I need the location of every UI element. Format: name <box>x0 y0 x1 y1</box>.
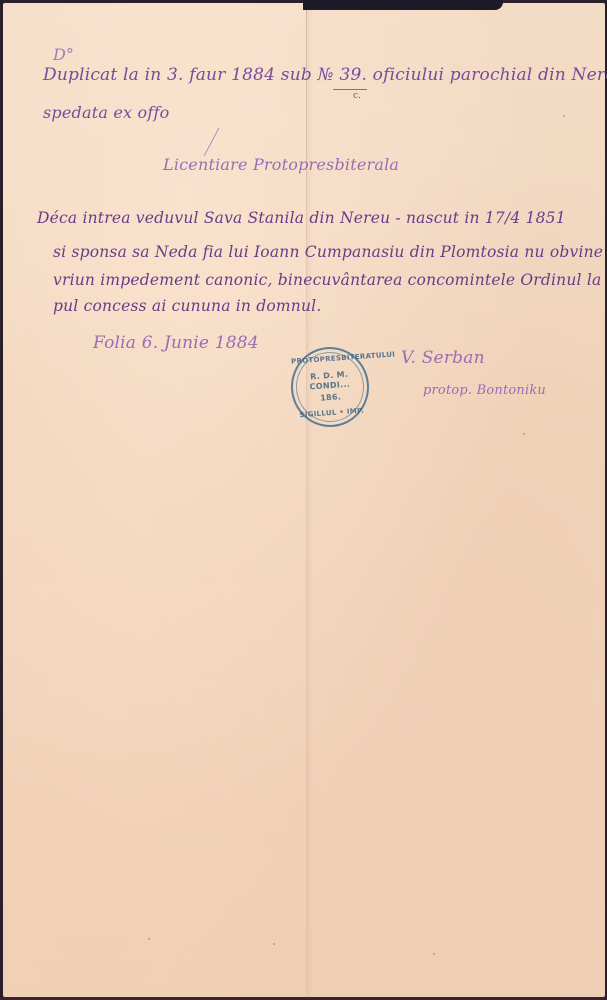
scan-border-top-left <box>0 0 303 3</box>
stamp-ring-top: PROTOPRESBITERATULUI <box>291 352 365 365</box>
body-line-2: si sponsa sa Neda fia lui Ioann Cumpanas… <box>53 243 603 261</box>
title-flourish <box>204 128 220 156</box>
body-line-3: vriun impedement canonic, binecuvântarea… <box>53 271 607 289</box>
date-place-line: Folia 6. Junie 1884 <box>93 333 259 353</box>
paper-speck <box>563 115 565 117</box>
stamp-year: 186. <box>294 390 368 404</box>
paper-speck <box>433 953 435 955</box>
scan-border-top-right <box>303 0 503 10</box>
paper-speck <box>273 943 275 945</box>
body-line-4: pul concess ai cununa in domnul. <box>53 297 321 315</box>
header-line-2: spedata ex offo <box>43 103 169 122</box>
header-flourish: D° <box>53 45 74 64</box>
stamp-ring-bottom: SIGILLUL • IMP. <box>295 406 369 419</box>
body-line-1: Déca intrea veduvul Sava Stanila din Ner… <box>37 209 566 227</box>
number-subscript: c. <box>353 91 361 101</box>
signature-title: protop. Bontoniku <box>423 383 546 398</box>
official-seal-stamp: PROTOPRESBITERATULUI R. D. M. CONDI... 1… <box>288 344 371 429</box>
paper-speck <box>148 938 150 940</box>
paper-speck <box>523 433 525 435</box>
signature-name: V. Serban <box>401 348 485 368</box>
document-page: D° Duplicat la in 3. faur 1884 sub № 39.… <box>3 3 605 997</box>
header-line-1: Duplicat la in 3. faur 1884 sub № 39. of… <box>43 65 607 85</box>
document-title: Licentiare Protopresbiterala <box>163 155 399 174</box>
number-underline <box>333 89 367 90</box>
